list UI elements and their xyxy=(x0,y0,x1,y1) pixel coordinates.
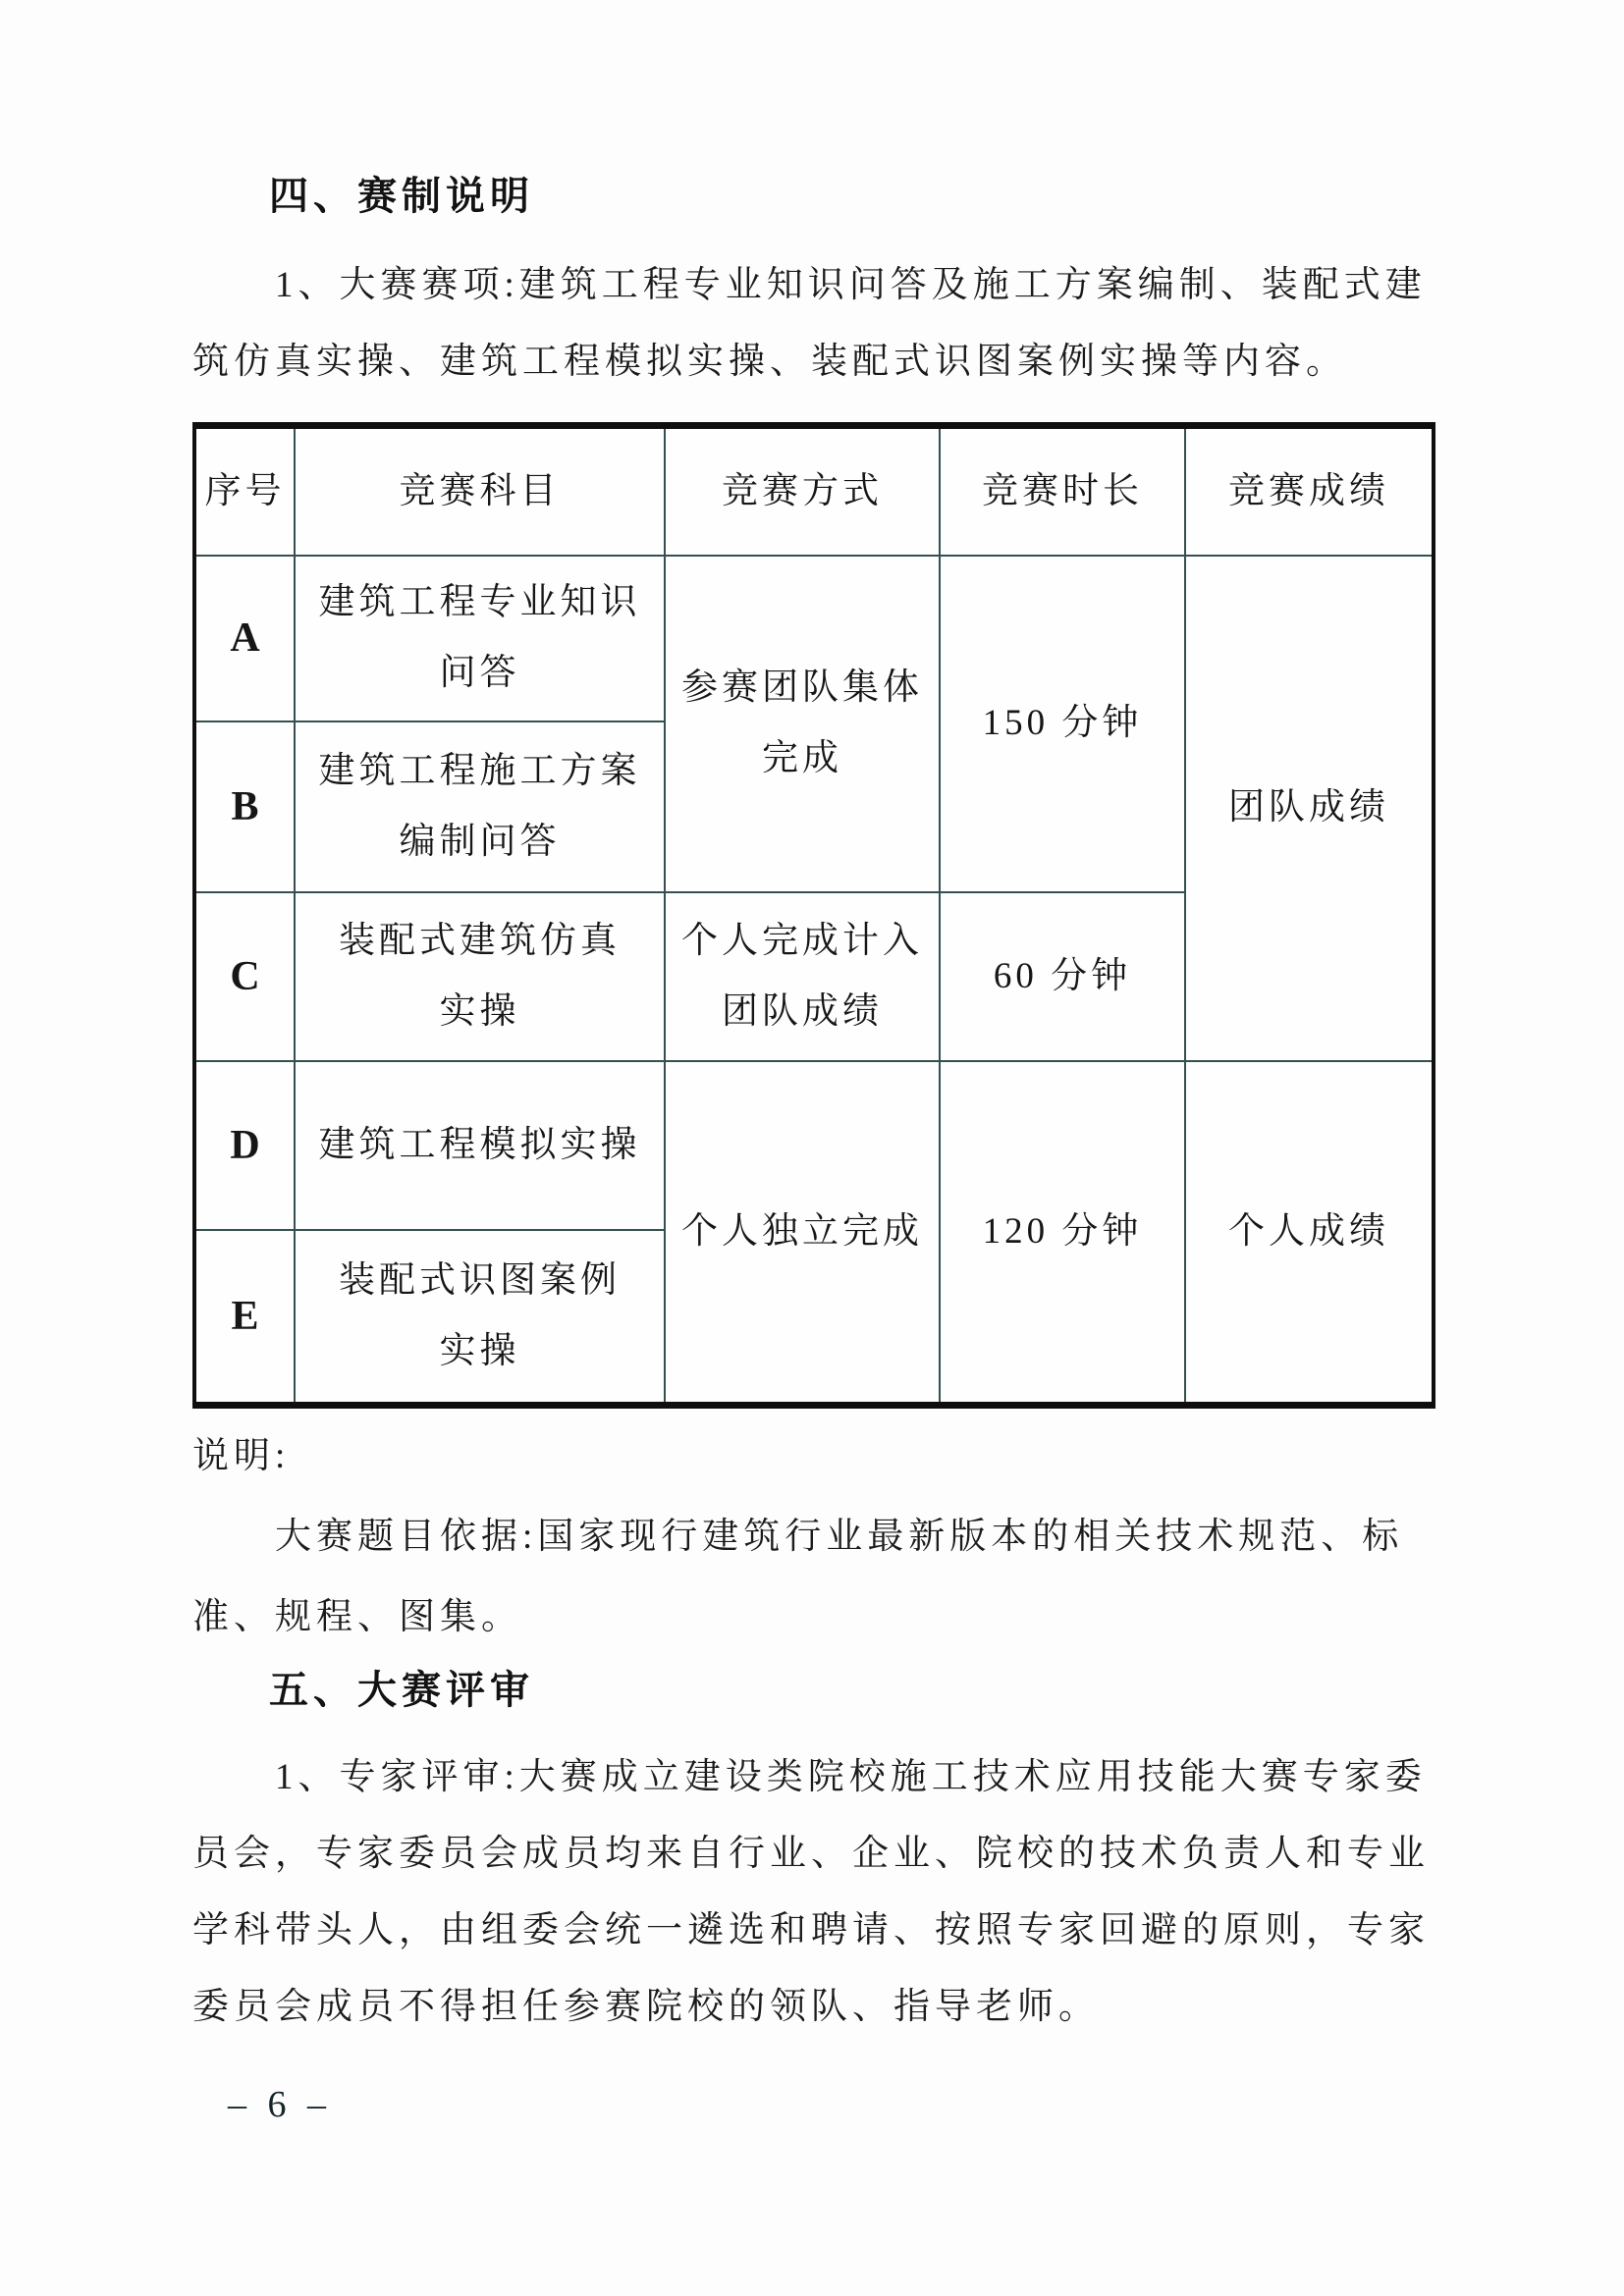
col-header-score: 竞赛成绩 xyxy=(1185,426,1434,556)
section5-paragraph-line1: 1、专家评审:大赛成立建设类院校施工技术应用技能大赛专家委 xyxy=(192,1739,1432,1816)
notes-label: 说明: xyxy=(192,1416,1432,1497)
row-b-id: B xyxy=(194,721,295,892)
section4-paragraph: 1、大赛赛项:建筑工程专业知识问答及施工方案编制、装配式建 筑仿真实操、建筑工程… xyxy=(192,247,1432,400)
notes-block: 说明: 大赛题目依据:国家现行建筑行业最新版本的相关技术规范、标 准、规程、图集… xyxy=(192,1416,1432,1658)
row-e-subject: 装配式识图案例 实操 xyxy=(295,1230,665,1406)
score-cell-abc: 团队成绩 xyxy=(1185,556,1434,1061)
table-header-row: 序号 竞赛科目 竞赛方式 竞赛时长 竞赛成绩 xyxy=(194,426,1434,556)
col-header-index: 序号 xyxy=(194,426,295,556)
time-cell-ab: 150 分钟 xyxy=(940,556,1185,892)
mode-cell-c: 个人完成计入 团队成绩 xyxy=(665,892,940,1061)
section5-paragraph-line2: 员会，专家委员会成员均来自行业、企业、院校的技术负责人和专业 xyxy=(192,1816,1432,1893)
document-page: 四、赛制说明 1、大赛赛项:建筑工程专业知识问答及施工方案编制、装配式建 筑仿真… xyxy=(0,0,1624,2296)
page-number: – 6 – xyxy=(228,2083,332,2126)
section5-paragraph-line4: 委员会成员不得担任参赛院校的领队、指导老师。 xyxy=(192,1969,1432,2046)
section4-paragraph-line1: 1、大赛赛项:建筑工程专业知识问答及施工方案编制、装配式建 xyxy=(192,247,1432,324)
notes-line1: 大赛题目依据:国家现行建筑行业最新版本的相关技术规范、标 xyxy=(192,1497,1432,1577)
score-cell-de: 个人成绩 xyxy=(1185,1061,1434,1406)
row-b-subject: 建筑工程施工方案 编制问答 xyxy=(295,721,665,892)
row-c-id: C xyxy=(194,892,295,1061)
time-cell-c: 60 分钟 xyxy=(940,892,1185,1061)
row-a-subject: 建筑工程专业知识 问答 xyxy=(295,556,665,721)
row-a-id: A xyxy=(194,556,295,721)
mode-cell-ab: 参赛团队集体 完成 xyxy=(665,556,940,892)
row-c-subject: 装配式建筑仿真 实操 xyxy=(295,892,665,1061)
table-row-a: A 建筑工程专业知识 问答 参赛团队集体 完成 150 分钟 团队成绩 xyxy=(194,556,1434,721)
row-d-subject: 建筑工程模拟实操 xyxy=(295,1061,665,1230)
col-header-subject: 竞赛科目 xyxy=(295,426,665,556)
table-row-d: D 建筑工程模拟实操 个人独立完成 120 分钟 个人成绩 xyxy=(194,1061,1434,1230)
notes-line2: 准、规程、图集。 xyxy=(192,1577,1432,1658)
mode-cell-de: 个人独立完成 xyxy=(665,1061,940,1406)
row-d-id: D xyxy=(194,1061,295,1230)
section4-paragraph-line2: 筑仿真实操、建筑工程模拟实操、装配式识图案例实操等内容。 xyxy=(192,324,1432,400)
section5-paragraph: 1、专家评审:大赛成立建设类院校施工技术应用技能大赛专家委 员会，专家委员会成员… xyxy=(192,1739,1432,2046)
time-cell-de: 120 分钟 xyxy=(940,1061,1185,1406)
col-header-mode: 竞赛方式 xyxy=(665,426,940,556)
row-e-id: E xyxy=(194,1230,295,1406)
competition-schedule-table: 序号 竞赛科目 竞赛方式 竞赛时长 竞赛成绩 A 建筑工程专业知识 问答 参赛团… xyxy=(192,422,1435,1409)
section5-paragraph-line3: 学科带头人，由组委会统一遴选和聘请、按照专家回避的原则，专家 xyxy=(192,1893,1432,1969)
section5-heading: 五、大赛评审 xyxy=(192,1667,1432,1714)
col-header-duration: 竞赛时长 xyxy=(940,426,1185,556)
section4-heading: 四、赛制说明 xyxy=(192,173,1432,220)
